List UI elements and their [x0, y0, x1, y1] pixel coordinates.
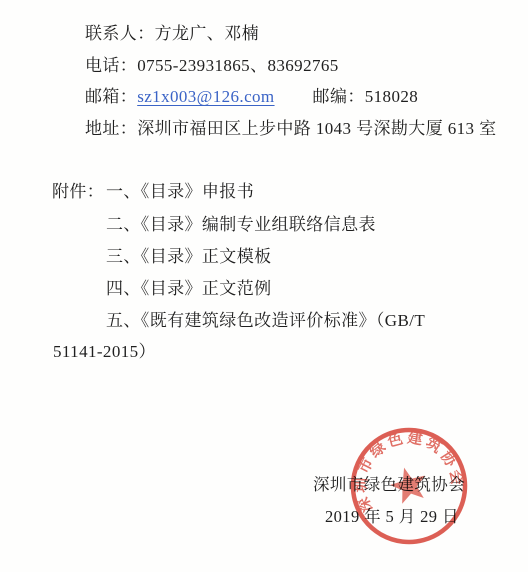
phone-label: 电话：: [85, 56, 137, 76]
attachment-item-4: 四、《目录》正文范例: [106, 279, 272, 299]
phone-line: 电话：0755-23931865、83692765: [85, 56, 339, 76]
email-link[interactable]: sz1x003@126.com: [137, 87, 274, 106]
attachment-item-2: 二、《目录》编制专业组联络信息表: [106, 215, 376, 235]
attachment-item-5: 五、《既有建筑绿色改造评价标准》（GB/T: [106, 311, 425, 331]
attachment-item-3: 三、《目录》正文模板: [106, 247, 272, 267]
attachments-label: 附件：: [52, 182, 104, 202]
address-value: 深圳市福田区上步中路 1043 号深勘大厦 613 室: [137, 119, 496, 138]
postal-code-value: 518028: [365, 87, 418, 106]
postal-code-label: 邮编：: [313, 87, 365, 106]
contact-person-line: 联系人：方龙广、邓楠: [85, 24, 259, 44]
address-line: 地址：深圳市福田区上步中路 1043 号深勘大厦 613 室: [85, 119, 497, 139]
address-label: 地址：: [85, 119, 137, 139]
signature-date: 2019 年 5 月 29 日: [325, 503, 459, 527]
seal-ring-text: 深圳市绿色建筑协会: [339, 416, 469, 516]
email-line: 邮箱：sz1x003@126.com邮编：518028: [85, 87, 418, 107]
phone-value: 0755-23931865、83692765: [137, 56, 338, 75]
signature-organization: 深圳市绿色建筑协会: [313, 471, 465, 495]
email-label: 邮箱：: [85, 87, 137, 107]
contact-person-value: 方龙广、邓楠: [155, 24, 259, 43]
contact-person-label: 联系人：: [85, 24, 155, 44]
attachment-item-5-continuation: 51141-2015）: [53, 342, 156, 362]
attachment-item-1: 一、《目录》申报书: [106, 182, 254, 202]
document-page: 联系人：方龙广、邓楠 电话：0755-23931865、83692765 邮箱：…: [0, 0, 528, 572]
